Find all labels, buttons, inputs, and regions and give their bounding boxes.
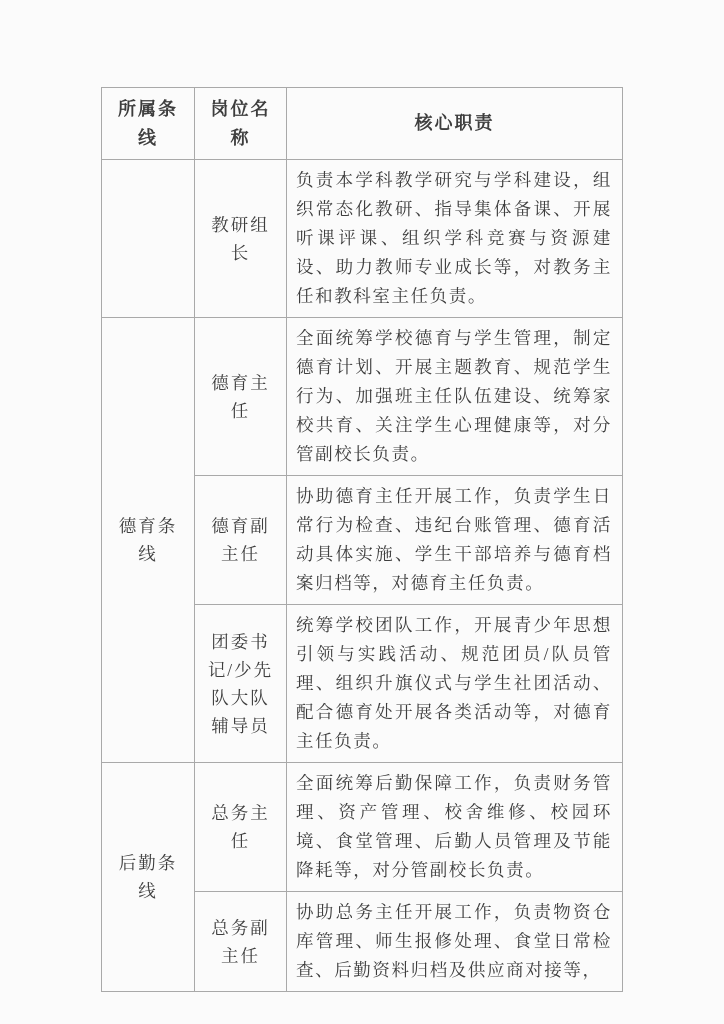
table-row: 教研组长 负责本学科教学研究与学科建设，组织常态化教研、指导集体备课、开展听课评… [102,160,623,318]
header-cell-position: 岗位名称 [195,88,287,160]
position-cell: 德育副主任 [195,476,287,605]
position-cell: 总务主任 [195,763,287,892]
position-cell: 德育主任 [195,318,287,476]
duty-cell: 统筹学校团队工作，开展青少年思想引领与实践活动、规范团员/队员管理、组织升旗仪式… [287,605,623,763]
position-cell: 教研组长 [195,160,287,318]
table-header-row: 所属条线 岗位名称 核心职责 [102,88,623,160]
table-row: 德育条线 德育主任 全面统筹学校德育与学生管理，制定德育计划、开展主题教育、规范… [102,318,623,476]
header-cell-duties: 核心职责 [287,88,623,160]
document-page: { "colors": { "page_background": "#fbfbf… [0,0,724,1024]
header-cell-line: 所属条线 [102,88,195,160]
duty-cell: 协助德育主任开展工作，负责学生日常行为检查、违纪台账管理、德育活动具体实施、学生… [287,476,623,605]
line-cell-deyu: 德育条线 [102,318,195,763]
table-row: 后勤条线 总务主任 全面统筹后勤保障工作，负责财务管理、资产管理、校舍维修、校园… [102,763,623,892]
duty-cell: 全面统筹学校德育与学生管理，制定德育计划、开展主题教育、规范学生行为、加强班主任… [287,318,623,476]
duty-cell: 协助总务主任开展工作，负责物资仓库管理、师生报修处理、食堂日常检查、后勤资料归档… [287,892,623,992]
position-cell: 团委书记/少先队大队辅导员 [195,605,287,763]
position-cell: 总务副主任 [195,892,287,992]
line-cell-houqin: 后勤条线 [102,763,195,992]
duty-cell: 全面统筹后勤保障工作，负责财务管理、资产管理、校舍维修、校园环境、食堂管理、后勤… [287,763,623,892]
jobs-table: 所属条线 岗位名称 核心职责 教研组长 负责本学科教学研究与学科建设，组织常态化… [101,87,623,992]
line-cell-empty [102,160,195,318]
duty-cell: 负责本学科教学研究与学科建设，组织常态化教研、指导集体备课、开展听课评课、组织学… [287,160,623,318]
